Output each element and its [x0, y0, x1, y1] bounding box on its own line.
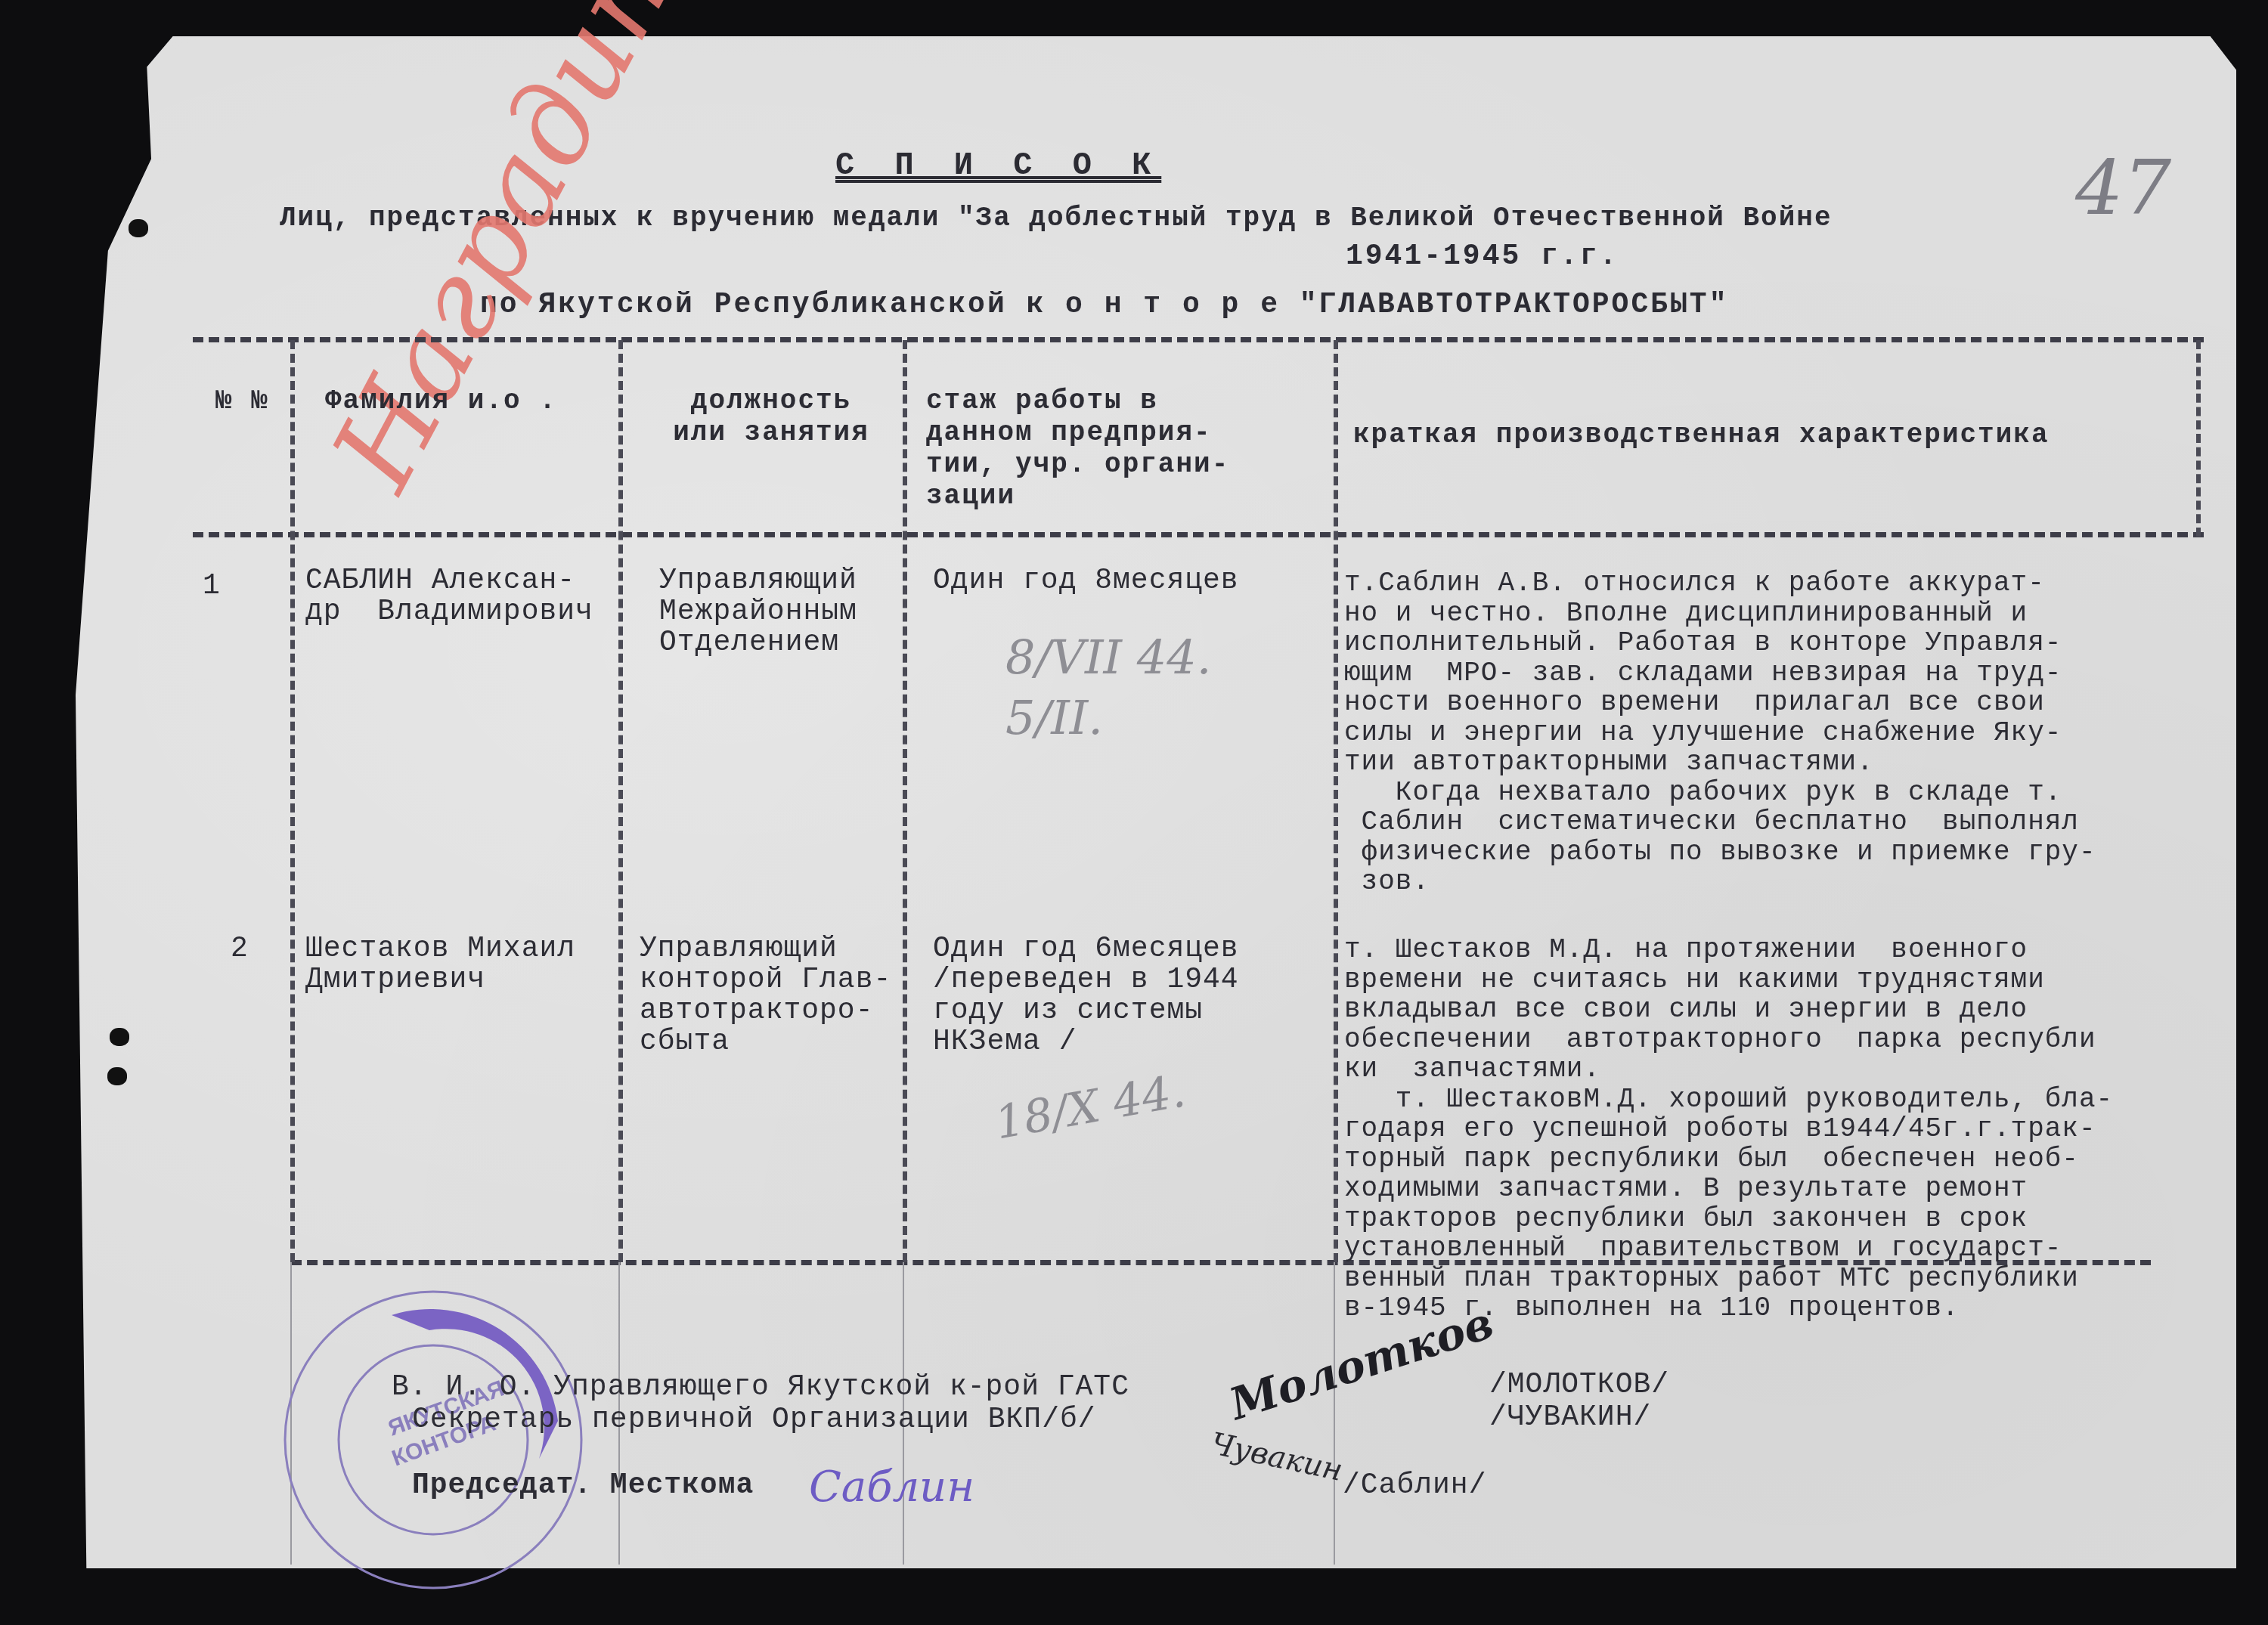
signature-role-secretary: Секретарь первичной Организации ВКП/б/ — [412, 1404, 1096, 1435]
row-number: 2 — [231, 933, 249, 964]
row-position: Управляющий Межрайонным Отделением — [659, 565, 857, 658]
row-characteristic: т. Шестаков М.Д. на протяжении военного … — [1344, 935, 2113, 1323]
column-divider — [290, 340, 295, 1262]
signature-name-molotkov: /МОЛОТКОВ/ — [1489, 1370, 1669, 1401]
row-tenure-pencil-note: 8/VII 44. 5/II. — [1005, 627, 1211, 748]
header-number: № № — [215, 385, 269, 417]
header-name: Фамилия и.о . — [325, 385, 557, 417]
row-position: Управляющий конторой Глав- автотракторо-… — [640, 933, 891, 1057]
punch-hole — [107, 1067, 127, 1085]
document-organization: по Якутской Республиканской к о н т о р … — [480, 289, 1728, 321]
signature-name-sablin: /Саблин/ — [1343, 1470, 1486, 1501]
faint-column-line — [1334, 1262, 1335, 1565]
handwritten-signature: Саблин — [809, 1462, 974, 1512]
row-name: Шестаков Михаил Дмитриевич — [305, 933, 575, 995]
header-tenure: стаж работы в данном предприя- тии, учр.… — [926, 385, 1229, 512]
row-characteristic: т.Саблин А.В. относился к работе аккурат… — [1344, 568, 2096, 897]
row-tenure: Один год 8месяцев — [933, 565, 1239, 596]
signature-name-chuvakin: /ЧУВАКИН/ — [1489, 1402, 1651, 1433]
organization-stamp: ЯКУТСКАЯ КОНТОРА — [278, 1285, 588, 1595]
punch-hole — [129, 219, 148, 237]
table-header-rule — [193, 532, 2204, 537]
row-name: САБЛИН Алексан- др Владимирович — [305, 565, 593, 627]
table-top-rule — [193, 337, 2204, 342]
signature-role-chairman: Председат. Месткома — [412, 1470, 754, 1501]
row-tenure: Один год 6месяцев /переведен в 1944 году… — [933, 933, 1239, 1057]
document-title: С П И С О К — [835, 147, 1161, 184]
page-number: 47 — [2075, 144, 2171, 232]
punch-hole — [110, 1028, 129, 1046]
column-divider — [2196, 340, 2201, 537]
column-divider — [1334, 340, 1338, 1262]
header-characteristic: краткая производственная характеристика — [1353, 419, 2050, 451]
column-divider — [618, 340, 623, 1262]
document-years: 1941-1945 г.г. — [1346, 240, 1619, 273]
column-divider — [903, 340, 907, 1262]
row-number: 1 — [203, 571, 221, 602]
signature-role-manager: В. И. О. Управляющего Якутской к-рой ГАТ… — [392, 1372, 1129, 1403]
header-position: должность или занятия — [643, 385, 900, 449]
